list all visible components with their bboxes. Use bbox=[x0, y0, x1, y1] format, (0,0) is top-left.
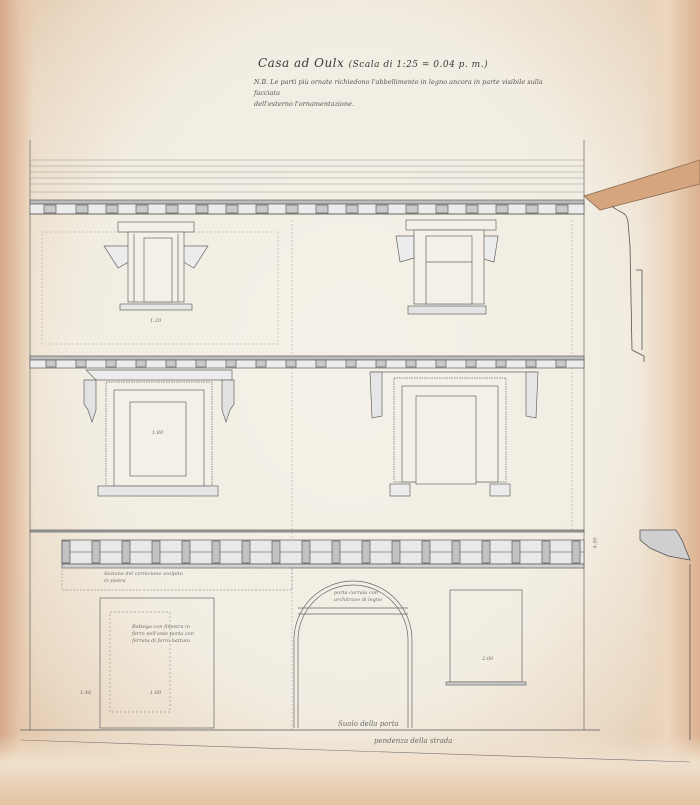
upper-right-window bbox=[396, 220, 498, 314]
annotation-left-door: Bottega con finestra in ferro nell'ante … bbox=[132, 624, 202, 645]
upper-cornice bbox=[30, 200, 584, 214]
label-ground: Suolo della porta bbox=[338, 720, 399, 728]
drawing-note: N.B. Le parti più ornate richiedono l'ab… bbox=[254, 77, 544, 110]
title-text: Casa ad Oulx bbox=[258, 56, 344, 70]
dim-right-door: 2.00 bbox=[482, 656, 493, 662]
annotation-string-course: Sezione del cornicione scolpito in pietr… bbox=[104, 571, 184, 585]
note-line-1: N.B. Le parti più ornate richiedono l'ab… bbox=[254, 77, 544, 99]
left-shop-opening bbox=[100, 598, 214, 728]
middle-right-window bbox=[370, 372, 538, 496]
ground-line bbox=[20, 730, 690, 762]
upper-left-window bbox=[104, 222, 208, 310]
label-street: pendenza della strada bbox=[374, 737, 452, 745]
drawing-title: Casa ad Oulx (Scala di 1:25 = 0.04 p. m.… bbox=[258, 56, 488, 70]
dim-height: 4.50 bbox=[593, 537, 599, 548]
side-section-profile bbox=[584, 160, 700, 740]
roof-lines bbox=[30, 160, 584, 192]
right-window-opening bbox=[450, 590, 522, 682]
note-line-2: dell'esterno l'ornamentazione. bbox=[254, 99, 544, 110]
elevation-drawing bbox=[0, 0, 700, 805]
dim-door-width: 1.60 bbox=[150, 690, 161, 696]
middle-cornice bbox=[30, 356, 584, 368]
annotation-arch: porta carraia con architrave di legno bbox=[334, 590, 384, 604]
ground-floor bbox=[100, 581, 526, 728]
drawing-sheet: Casa ad Oulx (Scala di 1:25 = 0.04 p. m.… bbox=[0, 0, 700, 805]
scale-text: (Scala di 1:25 = 0.04 p. m.) bbox=[349, 60, 488, 70]
dim-side: 1.40 bbox=[80, 690, 91, 696]
dim-window-top: 1.20 bbox=[150, 318, 161, 324]
dim-window-mid: 1.80 bbox=[152, 430, 163, 436]
